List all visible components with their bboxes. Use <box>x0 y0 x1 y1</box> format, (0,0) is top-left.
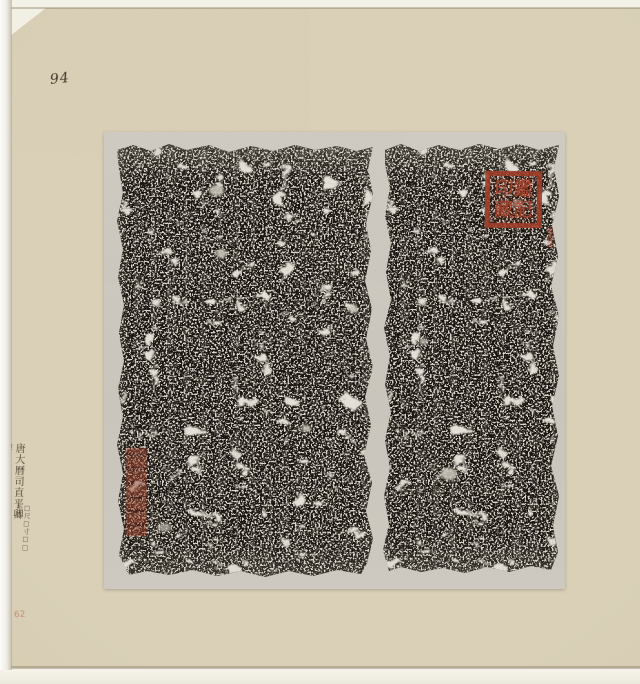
paper-show-through-spot <box>302 425 311 432</box>
paper-show-through-spot <box>157 523 171 532</box>
seal-script-glyphs: 印鑑藏記 <box>491 177 536 222</box>
mount-top-edge <box>10 7 640 9</box>
red-inventory-mark: 62 <box>14 611 26 621</box>
handwritten-page-number: 94 <box>49 71 70 87</box>
paper-show-through-spot <box>348 305 358 313</box>
square-collector-seal: 印鑑藏記 <box>485 171 542 228</box>
red-side-inscription: 鑑藏記 <box>542 227 554 275</box>
rubbing-panel-left: 廟安川下光信西 同書三同 十義十聖川將以 月太賢元年書 宗良 孝廟 禮銘孝日不守… <box>117 143 373 577</box>
scan-left-margin <box>0 0 12 684</box>
panel-edge-wash <box>117 143 373 577</box>
paper-show-through-spot <box>216 249 227 258</box>
scan-bottom-margin <box>0 670 640 684</box>
strip-seal <box>126 448 147 536</box>
paper-show-through-spot <box>419 338 428 345</box>
scanned-rubbing-page: 94 唐大曆司直平卿碑 □尺□寸□□拓本 62 廟安川下光信西 同書三同 十義十… <box>0 0 640 684</box>
paper-show-through-spot <box>441 468 457 480</box>
paper-show-through-spot <box>209 185 224 196</box>
mount-bottom-edge <box>10 666 640 669</box>
